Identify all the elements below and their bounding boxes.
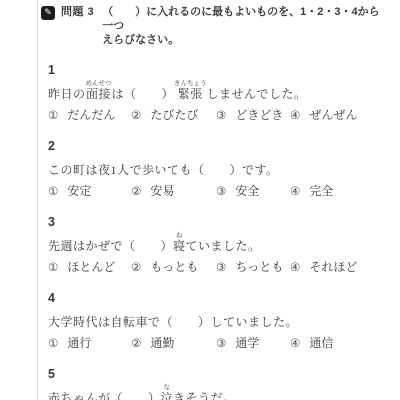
question-sentence: この町は夜1人で歩いても（ ）です。: [48, 157, 386, 177]
answer-option: ③どきどき: [216, 108, 290, 123]
answer-option: ①安定: [48, 184, 131, 199]
option-label: 通学: [235, 336, 259, 350]
question-number: 4: [48, 291, 386, 306]
option-number-icon: ③: [216, 109, 226, 123]
question-sentence: 大学時代は自転車で（ ）していました。: [48, 309, 386, 329]
furigana-text: ね: [176, 232, 183, 239]
base-text: 泣: [161, 391, 174, 400]
answer-options-row: ①ほとんど②もっとも③ちっとも④それほど: [48, 260, 386, 275]
option-label: たびたび: [150, 108, 198, 122]
sentence-text: 先週はかぜで（ ）: [48, 239, 173, 253]
problem-header: ✎ 問題 3 （ ）に入れるのに最もよいものを、1・2・3・4から一つ えらびな…: [41, 5, 386, 47]
question-block: 5赤ちゃんが（ ）な泣きそうだ。: [48, 367, 386, 400]
base-text: 面接: [86, 87, 111, 101]
question-number: 5: [48, 367, 386, 382]
option-label: だんだん: [67, 108, 115, 122]
answer-option: ③安全: [216, 184, 290, 199]
option-number-icon: ③: [216, 261, 226, 275]
question-list: 1昨日のめんせつ面接は（ ）きんちょう緊張しませんでした。①だんだん②たびたび③…: [48, 63, 386, 400]
option-number-icon: ②: [131, 185, 141, 199]
problem-number-label: 問題 3: [61, 5, 94, 19]
sentence-text: は（ ）: [112, 87, 175, 101]
answer-option: ③通学: [216, 336, 290, 351]
question-sentence: 昨日のめんせつ面接は（ ）きんちょう緊張しませんでした。: [48, 81, 386, 101]
option-number-icon: ②: [131, 261, 141, 275]
sentence-text: 昨日の: [48, 87, 86, 101]
option-number-icon: ①: [48, 109, 58, 123]
page-content: ✎ 問題 3 （ ）に入れるのに最もよいものを、1・2・3・4から一つ えらびな…: [48, 0, 386, 400]
sentence-text: しませんでした。: [207, 87, 307, 101]
option-number-icon: ④: [290, 261, 300, 275]
question-block: 2この町は夜1人で歩いても（ ）です。①安定②安易③安全④完全: [48, 139, 386, 199]
option-number-icon: ②: [131, 109, 141, 123]
option-label: ちっとも: [235, 260, 283, 274]
option-label: 安易: [150, 184, 174, 198]
option-label: 通勤: [150, 336, 174, 350]
answer-option: ④それほど: [290, 260, 386, 275]
option-label: 通行: [67, 336, 91, 350]
furigana-text: めんせつ: [86, 80, 112, 87]
option-label: それほど: [309, 260, 357, 274]
answer-option: ②たびたび: [131, 108, 216, 123]
sentence-text: ていました。: [186, 239, 261, 253]
answer-options-row: ①だんだん②たびたび③どきどき④ぜんぜん: [48, 108, 386, 123]
option-label: ほとんど: [67, 260, 115, 274]
answer-option: ④通信: [290, 336, 386, 351]
answer-option: ②安易: [131, 184, 216, 199]
option-number-icon: ④: [290, 337, 300, 351]
page-left-border: [37, 0, 38, 400]
option-number-icon: ②: [131, 337, 141, 351]
instruction-line-2: えらびなさい。: [102, 33, 386, 47]
sentence-text: 赤ちゃんが（ ）: [48, 391, 161, 400]
problem-instruction: （ ）に入れるのに最もよいものを、1・2・3・4から一つ えらびなさい。: [102, 5, 386, 47]
option-label: 通信: [309, 336, 333, 350]
option-label: 完全: [309, 184, 333, 198]
answer-option: ①通行: [48, 336, 131, 351]
question-sentence: 赤ちゃんが（ ）な泣きそうだ。: [48, 385, 386, 400]
option-label: 安定: [67, 184, 91, 198]
ruby-word: な泣: [161, 384, 174, 400]
test-document-page: ✎ 問題 3 （ ）に入れるのに最もよいものを、1・2・3・4から一つ えらびな…: [0, 0, 400, 400]
question-sentence: 先週はかぜで（ ）ね寝ていました。: [48, 233, 386, 253]
option-number-icon: ④: [290, 109, 300, 123]
sentence-text: 大学時代は自転車で（ ）していました。: [48, 315, 298, 329]
answer-option: ④ぜんぜん: [290, 108, 386, 123]
answer-option: ②もっとも: [131, 260, 216, 275]
answer-options-row: ①安定②安易③安全④完全: [48, 184, 386, 199]
answer-option: ③ちっとも: [216, 260, 290, 275]
option-number-icon: ③: [216, 185, 226, 199]
base-text: 寝: [173, 239, 186, 253]
option-number-icon: ①: [48, 185, 58, 199]
question-block: 1昨日のめんせつ面接は（ ）きんちょう緊張しませんでした。①だんだん②たびたび③…: [48, 63, 386, 123]
sentence-text: この町は夜1人で歩いても（ ）です。: [48, 163, 279, 177]
answer-option: ①ほとんど: [48, 260, 131, 275]
base-text: 緊張: [178, 87, 203, 101]
question-number: 2: [48, 139, 386, 154]
sentence-text: きそうだ。: [173, 391, 236, 400]
instruction-line-1: （ ）に入れるのに最もよいものを、1・2・3・4から一つ: [102, 5, 386, 33]
answer-option: ④完全: [290, 184, 386, 199]
ruby-word: ね寝: [173, 232, 186, 253]
option-label: もっとも: [150, 260, 198, 274]
question-number: 1: [48, 63, 386, 78]
furigana-text: な: [164, 384, 171, 391]
option-label: どきどき: [235, 108, 283, 122]
option-number-icon: ①: [48, 337, 58, 351]
option-number-icon: ③: [216, 337, 226, 351]
option-number-icon: ④: [290, 185, 300, 199]
ruby-word: めんせつ面接: [86, 80, 112, 101]
answer-options-row: ①通行②通勤③通学④通信: [48, 336, 386, 351]
question-block: 3先週はかぜで（ ）ね寝ていました。①ほとんど②もっとも③ちっとも④それほど: [48, 215, 386, 275]
question-number: 3: [48, 215, 386, 230]
question-block: 4大学時代は自転車で（ ）していました。①通行②通勤③通学④通信: [48, 291, 386, 351]
answer-option: ②通勤: [131, 336, 216, 351]
option-label: 安全: [235, 184, 259, 198]
option-label: ぜんぜん: [309, 108, 357, 122]
ruby-word: きんちょう緊張: [174, 80, 207, 101]
furigana-text: きんちょう: [174, 80, 207, 87]
answer-option: ①だんだん: [48, 108, 131, 123]
pencil-memo-icon: ✎: [41, 6, 55, 20]
option-number-icon: ①: [48, 261, 58, 275]
